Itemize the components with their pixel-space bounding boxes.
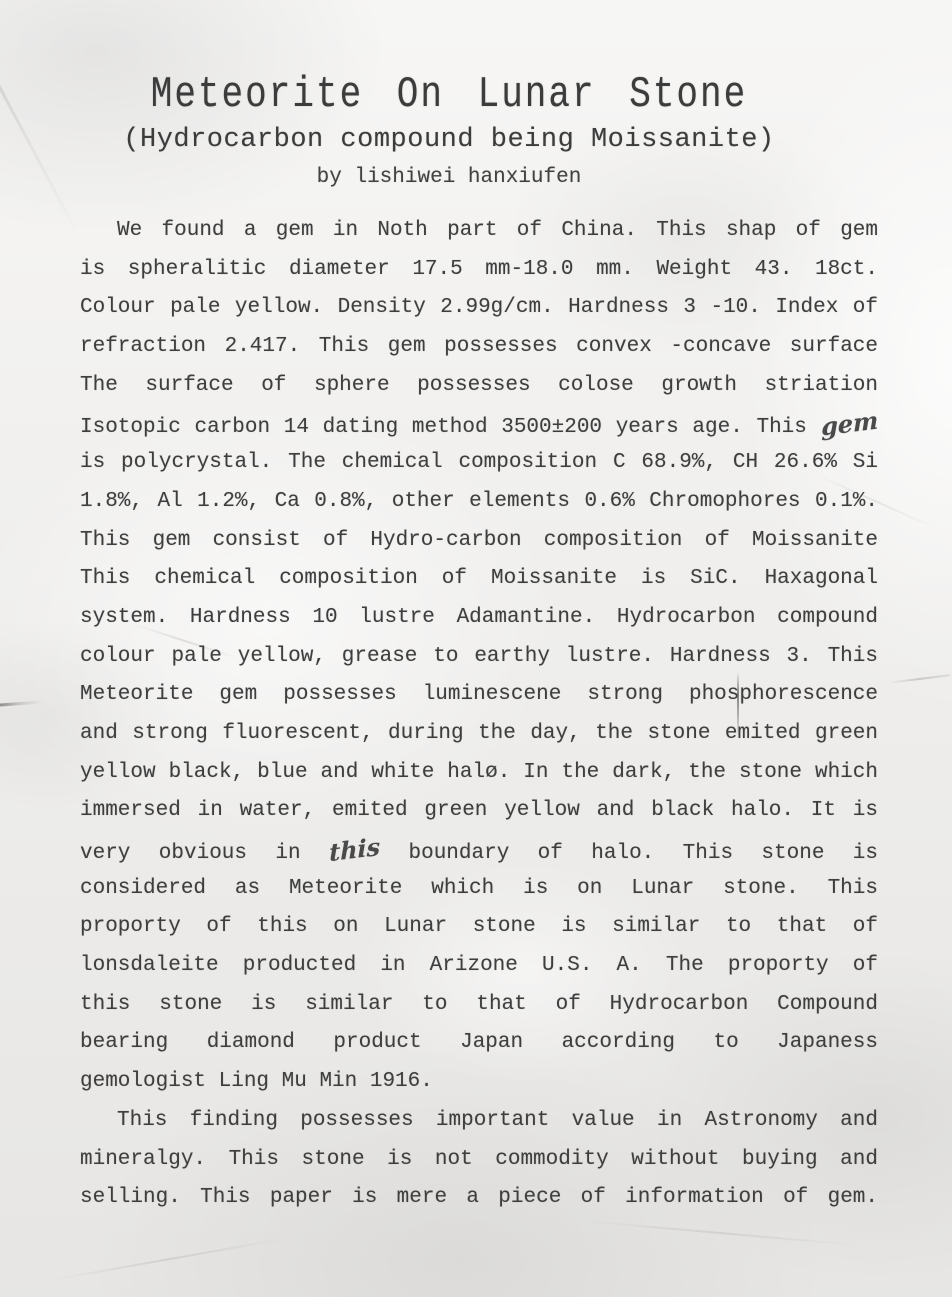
typed-text: lonsdaleite producted in Arizone U.S. A.… (80, 954, 878, 977)
document-body: We found a gem in Noth part of China. Th… (80, 212, 878, 1218)
typed-text: proporty of this on Lunar stone is simil… (80, 915, 878, 938)
typed-text: bearing diamond product Japan according … (80, 1031, 878, 1054)
text-line: This finding possesses important value i… (80, 1102, 878, 1141)
typed-text: considered as Meteorite which is on Luna… (80, 877, 878, 900)
document-header: Meteorite On Lunar Stone (Hydrocarbon co… (50, 70, 848, 189)
document-subtitle: (Hydrocarbon compound being Moissanite) (50, 125, 848, 155)
text-line: very obvious in this boundary of halo. T… (80, 831, 878, 870)
text-line: considered as Meteorite which is on Luna… (80, 870, 878, 909)
text-line: 1.8%, Al 1.2%, Ca 0.8%, other elements 0… (80, 483, 878, 522)
typed-text: this stone is similar to that of Hydroca… (80, 993, 878, 1016)
typed-text: refraction 2.417. This gem possesses con… (80, 335, 878, 358)
typed-text: We found a gem in Noth part of China. Th… (117, 219, 878, 242)
text-line: This gem consist of Hydro-carbon composi… (80, 522, 878, 561)
typed-text: This chemical composition of Moissanite … (80, 567, 878, 590)
text-line: system. Hardness 10 lustre Adamantine. H… (80, 599, 878, 638)
text-line: gemologist Ling Mu Min 1916. (80, 1063, 878, 1102)
text-line: bearing diamond product Japan according … (80, 1024, 878, 1063)
typed-text: 1.8%, Al 1.2%, Ca 0.8%, other elements 0… (80, 490, 878, 513)
text-line: proporty of this on Lunar stone is simil… (80, 908, 878, 947)
scanned-document-page: Meteorite On Lunar Stone (Hydrocarbon co… (0, 0, 952, 1297)
typed-text: The surface of sphere possesses colose g… (80, 374, 878, 397)
paper-crease (580, 1220, 859, 1246)
typed-text: boundary of halo. This stone is (380, 842, 878, 865)
typed-text: system. Hardness 10 lustre Adamantine. H… (80, 606, 878, 629)
text-line: and strong fluorescent, during the day, … (80, 715, 878, 754)
paper-crease (888, 674, 950, 684)
typed-text: Meteorite gem possesses luminescene stro… (80, 683, 878, 706)
paper-crease (52, 1237, 289, 1281)
handwritten-word: this (329, 828, 380, 873)
text-line: lonsdaleite producted in Arizone U.S. A.… (80, 947, 878, 986)
typed-text: yellow black, blue and white halø. In th… (80, 761, 878, 784)
text-line: We found a gem in Noth part of China. Th… (80, 212, 878, 251)
typed-text: Colour pale yellow. Density 2.99g/cm. Ha… (80, 296, 878, 319)
text-line: selling. This paper is mere a piece of i… (80, 1179, 878, 1218)
typed-text: very obvious in (80, 842, 329, 865)
typed-text: mineralgy. This stone is not commodity w… (80, 1148, 878, 1171)
text-line: Isotopic carbon 14 dating method 3500±20… (80, 405, 878, 444)
text-line: immersed in water, emited green yellow a… (80, 792, 878, 831)
typed-text: and strong fluorescent, during the day, … (80, 722, 878, 745)
text-line: mineralgy. This stone is not commodity w… (80, 1141, 878, 1180)
text-line: refraction 2.417. This gem possesses con… (80, 328, 878, 367)
text-line: colour pale yellow, grease to earthy lus… (80, 638, 878, 677)
typed-text: This finding possesses important value i… (117, 1109, 878, 1132)
paper-crease (0, 701, 42, 707)
typed-text: Isotopic carbon 14 dating method 3500±20… (80, 416, 821, 439)
typed-text: immersed in water, emited green yellow a… (80, 799, 878, 822)
text-line: this stone is similar to that of Hydroca… (80, 986, 878, 1025)
text-line: This chemical composition of Moissanite … (80, 560, 878, 599)
typed-text: gemologist Ling Mu Min 1916. (80, 1070, 433, 1093)
text-line: Colour pale yellow. Density 2.99g/cm. Ha… (80, 289, 878, 328)
typed-text: colour pale yellow, grease to earthy lus… (80, 645, 878, 668)
text-line: Meteorite gem possesses luminescene stro… (80, 676, 878, 715)
typed-text: is polycrystal. The chemical composition… (80, 451, 878, 474)
typed-text: This gem consist of Hydro-carbon composi… (80, 529, 878, 552)
text-line: is polycrystal. The chemical composition… (80, 444, 878, 483)
document-title: Meteorite On Lunar Stone (50, 70, 848, 119)
handwritten-word: gem (820, 402, 878, 448)
text-line: yellow black, blue and white halø. In th… (80, 754, 878, 793)
text-line: is spheralitic diameter 17.5 mm-18.0 mm.… (80, 251, 878, 290)
text-line: The surface of sphere possesses colose g… (80, 367, 878, 406)
document-byline: by lishiwei hanxiufen (50, 166, 848, 189)
typed-text: selling. This paper is mere a piece of i… (80, 1186, 878, 1209)
typed-text: is spheralitic diameter 17.5 mm-18.0 mm.… (80, 258, 878, 281)
